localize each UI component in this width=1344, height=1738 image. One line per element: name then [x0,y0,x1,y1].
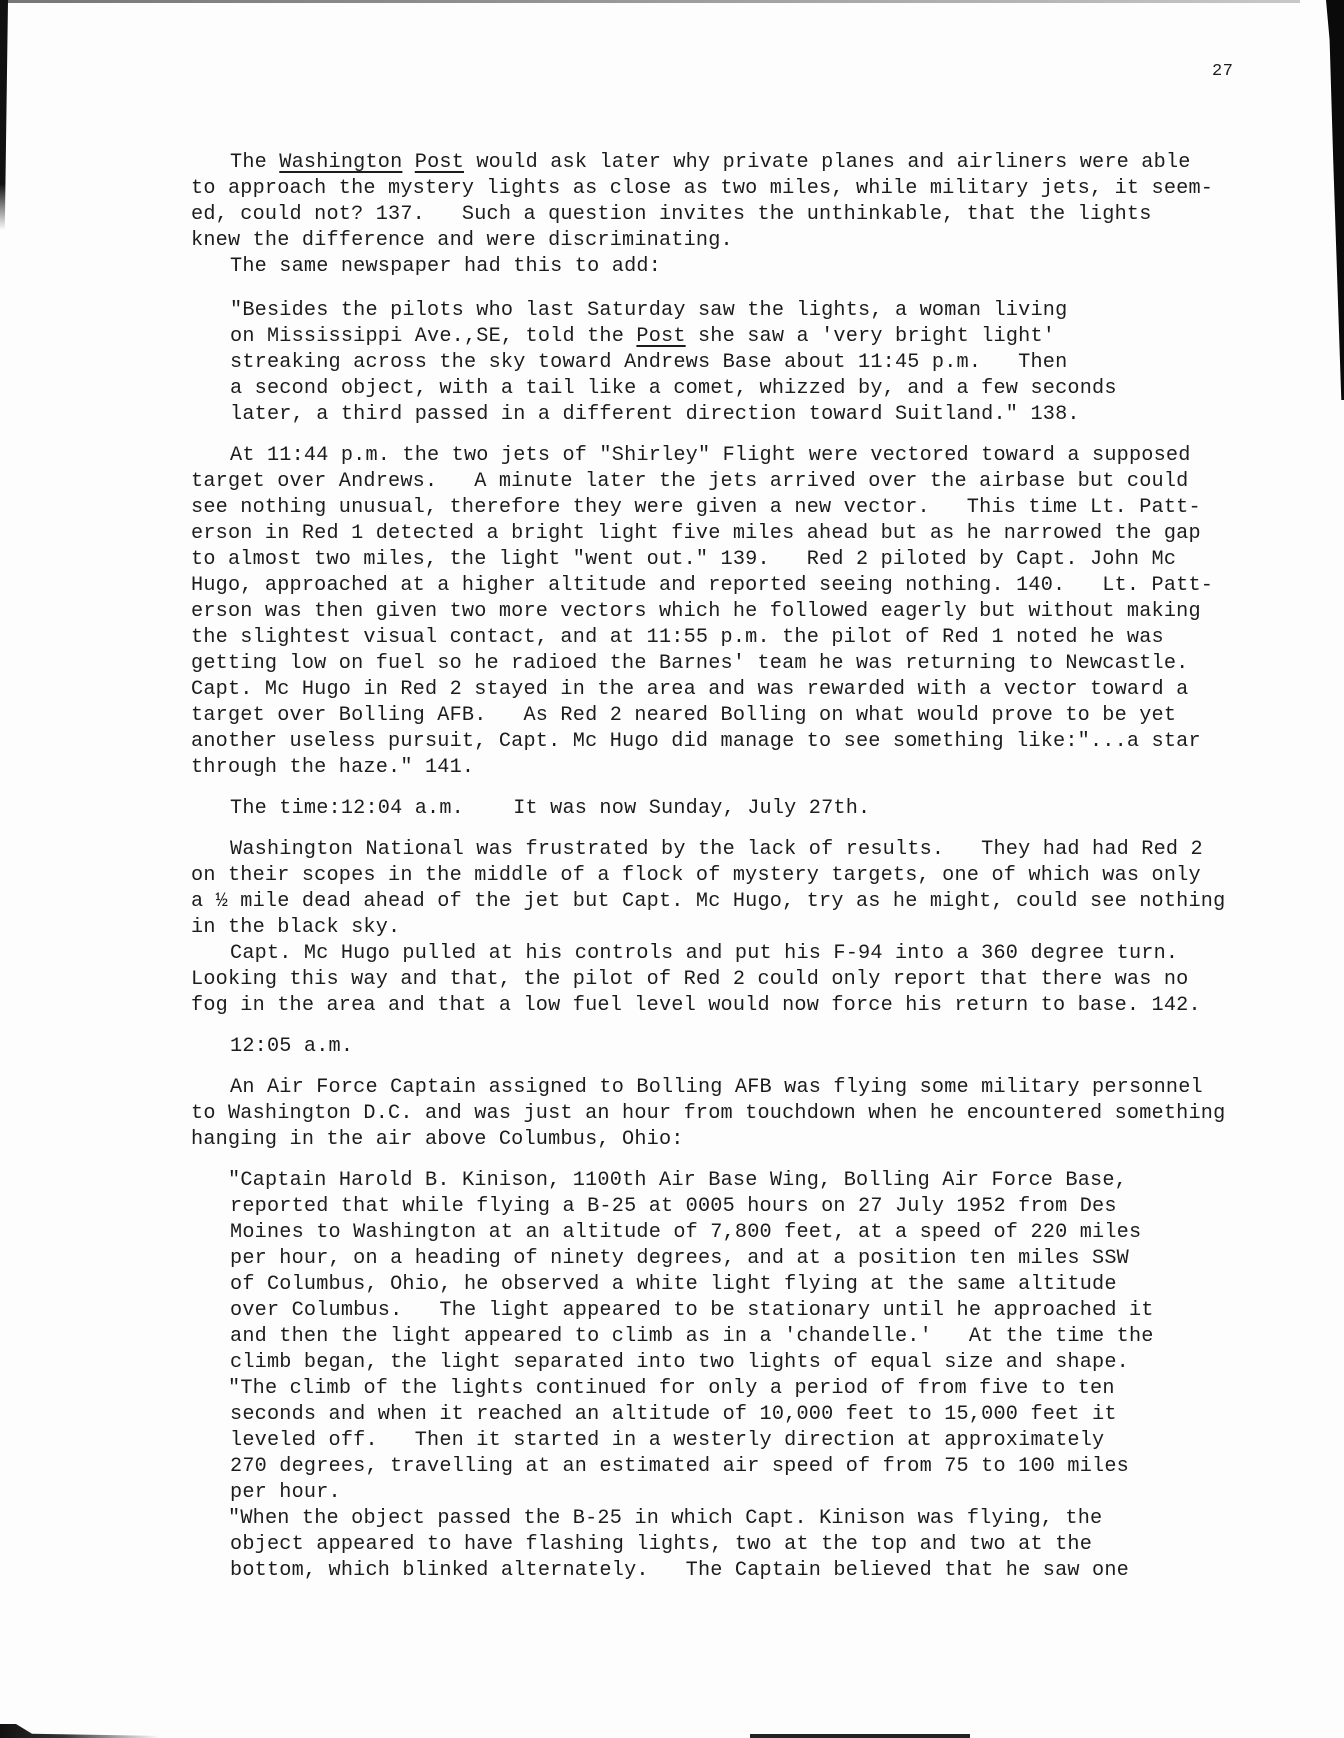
text-segment: on Mississippi Ave.,SE, told the [230,325,636,348]
text-segment: a second object, with a tail like a come… [230,377,1117,400]
text-segment: bottom, which blinked alternately. The C… [230,1559,1129,1582]
text-line: getting low on fuel so he radioed the Ba… [191,651,1188,677]
text-segment: knew the difference and were discriminat… [191,229,733,252]
text-segment: The [230,151,279,174]
text-segment: "The climb of the lights continued for o… [228,1377,1115,1400]
text-segment: 270 degrees, travelling at an estimated … [230,1455,1129,1478]
text-segment: climb began, the light separated into tw… [230,1351,1129,1374]
text-segment: ed, could not? 137. Such a question invi… [191,203,1152,226]
text-line: fog in the area and that a low fuel leve… [191,993,1201,1019]
scan-edge-top [0,0,1300,3]
text-segment: An Air Force Captain assigned to Bolling… [230,1076,1203,1099]
document-page: 27 The Washington Post would ask later w… [0,0,1344,1738]
text-segment: the slightest visual contact, and at 11:… [191,626,1164,649]
text-line: per hour, on a heading of ninety degrees… [230,1246,1129,1272]
text-segment: The same newspaper had this to add: [230,255,661,278]
text-segment: At 11:44 p.m. the two jets of "Shirley" … [230,444,1191,467]
text-line: object appeared to have flashing lights,… [230,1532,1092,1558]
text-line: knew the difference and were discriminat… [191,228,733,254]
text-line: target over Andrews. A minute later the … [191,469,1188,495]
text-line: The Washington Post would ask later why … [230,150,1191,176]
text-line: another useless pursuit, Capt. Mc Hugo d… [191,729,1201,755]
text-line: streaking across the sky toward Andrews … [230,350,1067,376]
text-line: through the haze." 141. [191,755,474,781]
text-line: and then the light appeared to climb as … [230,1324,1154,1350]
text-line: climb began, the light separated into tw… [230,1350,1129,1376]
text-segment: "Besides the pilots who last Saturday sa… [230,299,1067,322]
text-line: The time:12:04 a.m. It was now Sunday, J… [230,796,870,822]
text-segment: on their scopes in the middle of a flock… [191,864,1201,887]
text-segment: getting low on fuel so he radioed the Ba… [191,652,1188,675]
text-segment: to approach the mystery lights as close … [191,177,1213,200]
text-segment: fog in the area and that a low fuel leve… [191,994,1201,1017]
text-line: of Columbus, Ohio, he observed a white l… [230,1272,1117,1298]
text-line: "Besides the pilots who last Saturday sa… [230,298,1067,324]
text-segment: object appeared to have flashing lights,… [230,1533,1092,1556]
text-segment: and then the light appeared to climb as … [230,1325,1154,1348]
text-segment: would ask later why private planes and a… [464,151,1191,174]
text-line: the slightest visual contact, and at 11:… [191,625,1164,651]
text-segment: a ½ mile dead ahead of the jet but Capt.… [191,890,1225,913]
text-line: on Mississippi Ave.,SE, told the Post sh… [230,324,1055,350]
text-segment: Capt. Mc Hugo in Red 2 stayed in the are… [191,678,1188,701]
text-line: a second object, with a tail like a come… [230,376,1117,402]
text-segment: Looking this way and that, the pilot of … [191,968,1188,991]
text-segment: The time:12:04 a.m. It was now Sunday, J… [230,797,870,820]
text-segment: per hour. [230,1481,341,1504]
text-line: Hugo, approached at a higher altitude an… [191,573,1213,599]
underlined-title: Post [636,325,685,348]
text-segment: another useless pursuit, Capt. Mc Hugo d… [191,730,1201,753]
scan-edge-bottom-left [0,1724,160,1738]
text-line: target over Bolling AFB. As Red 2 neared… [191,703,1176,729]
text-segment: of Columbus, Ohio, he observed a white l… [230,1273,1117,1296]
scan-edge-right [1326,0,1344,400]
text-line: "When the object passed the B-25 in whic… [228,1506,1102,1532]
text-line: ed, could not? 137. Such a question invi… [191,202,1152,228]
text-segment: Hugo, approached at a higher altitude an… [191,574,1213,597]
text-line: Capt. Mc Hugo pulled at his controls and… [230,941,1178,967]
text-segment: leveled off. Then it started in a wester… [230,1429,1104,1452]
text-line: 270 degrees, travelling at an estimated … [230,1454,1129,1480]
text-line: Looking this way and that, the pilot of … [191,967,1188,993]
scan-edge-left [0,0,8,230]
text-segment: Moines to Washington at an altitude of 7… [230,1221,1141,1244]
underlined-title: Post [415,151,464,174]
text-line: in the black sky. [191,915,400,941]
text-line: to approach the mystery lights as close … [191,176,1213,202]
text-segment: "When the object passed the B-25 in whic… [228,1507,1102,1530]
text-line: leveled off. Then it started in a wester… [230,1428,1104,1454]
text-line: erson in Red 1 detected a bright light f… [191,521,1201,547]
scan-edge-bottom [750,1734,970,1738]
text-segment: see nothing unusual, therefore they were… [191,496,1201,519]
text-line: Moines to Washington at an altitude of 7… [230,1220,1141,1246]
text-segment: target over Bolling AFB. As Red 2 neared… [191,704,1176,727]
text-line: Capt. Mc Hugo in Red 2 stayed in the are… [191,677,1188,703]
underlined-title: Washington [279,151,402,174]
text-segment: target over Andrews. A minute later the … [191,470,1188,493]
text-segment: seconds and when it reached an altitude … [230,1403,1117,1426]
text-segment: erson was then given two more vectors wh… [191,600,1201,623]
text-segment [402,151,414,174]
text-segment: to almost two miles, the light "went out… [191,548,1176,571]
text-line: "The climb of the lights continued for o… [228,1376,1115,1402]
text-segment: per hour, on a heading of ninety degrees… [230,1247,1129,1270]
text-line: The same newspaper had this to add: [230,254,661,280]
text-segment: she saw a 'very bright light' [686,325,1055,348]
text-line: per hour. [230,1480,341,1506]
text-line: Washington National was frustrated by th… [230,837,1203,863]
text-line: At 11:44 p.m. the two jets of "Shirley" … [230,443,1191,469]
text-line: erson was then given two more vectors wh… [191,599,1201,625]
text-segment: erson in Red 1 detected a bright light f… [191,522,1201,545]
text-line: 12:05 a.m. [230,1034,353,1060]
text-line: a ½ mile dead ahead of the jet but Capt.… [191,889,1225,915]
text-line: to almost two miles, the light "went out… [191,547,1176,573]
text-segment: Capt. Mc Hugo pulled at his controls and… [230,942,1178,965]
text-segment: hanging in the air above Columbus, Ohio: [191,1128,684,1151]
text-line: reported that while flying a B-25 at 000… [230,1194,1117,1220]
text-line: on their scopes in the middle of a flock… [191,863,1201,889]
text-line: later, a third passed in a different dir… [230,402,1080,428]
text-segment: in the black sky. [191,916,400,939]
text-line: hanging in the air above Columbus, Ohio: [191,1127,684,1153]
page-number: 27 [1212,62,1233,81]
text-line: "Captain Harold B. Kinison, 1100th Air B… [228,1168,1127,1194]
text-line: to Washington D.C. and was just an hour … [191,1101,1225,1127]
text-segment: later, a third passed in a different dir… [230,403,1080,426]
text-segment: streaking across the sky toward Andrews … [230,351,1067,374]
text-segment: "Captain Harold B. Kinison, 1100th Air B… [228,1169,1127,1192]
text-segment: reported that while flying a B-25 at 000… [230,1195,1117,1218]
text-line: seconds and when it reached an altitude … [230,1402,1117,1428]
text-segment: through the haze." 141. [191,756,474,779]
text-line: An Air Force Captain assigned to Bolling… [230,1075,1203,1101]
text-segment: to Washington D.C. and was just an hour … [191,1102,1225,1125]
text-line: over Columbus. The light appeared to be … [230,1298,1154,1324]
text-segment: over Columbus. The light appeared to be … [230,1299,1154,1322]
text-line: bottom, which blinked alternately. The C… [230,1558,1129,1584]
text-line: see nothing unusual, therefore they were… [191,495,1201,521]
text-segment: 12:05 a.m. [230,1035,353,1058]
text-segment: Washington National was frustrated by th… [230,838,1203,861]
